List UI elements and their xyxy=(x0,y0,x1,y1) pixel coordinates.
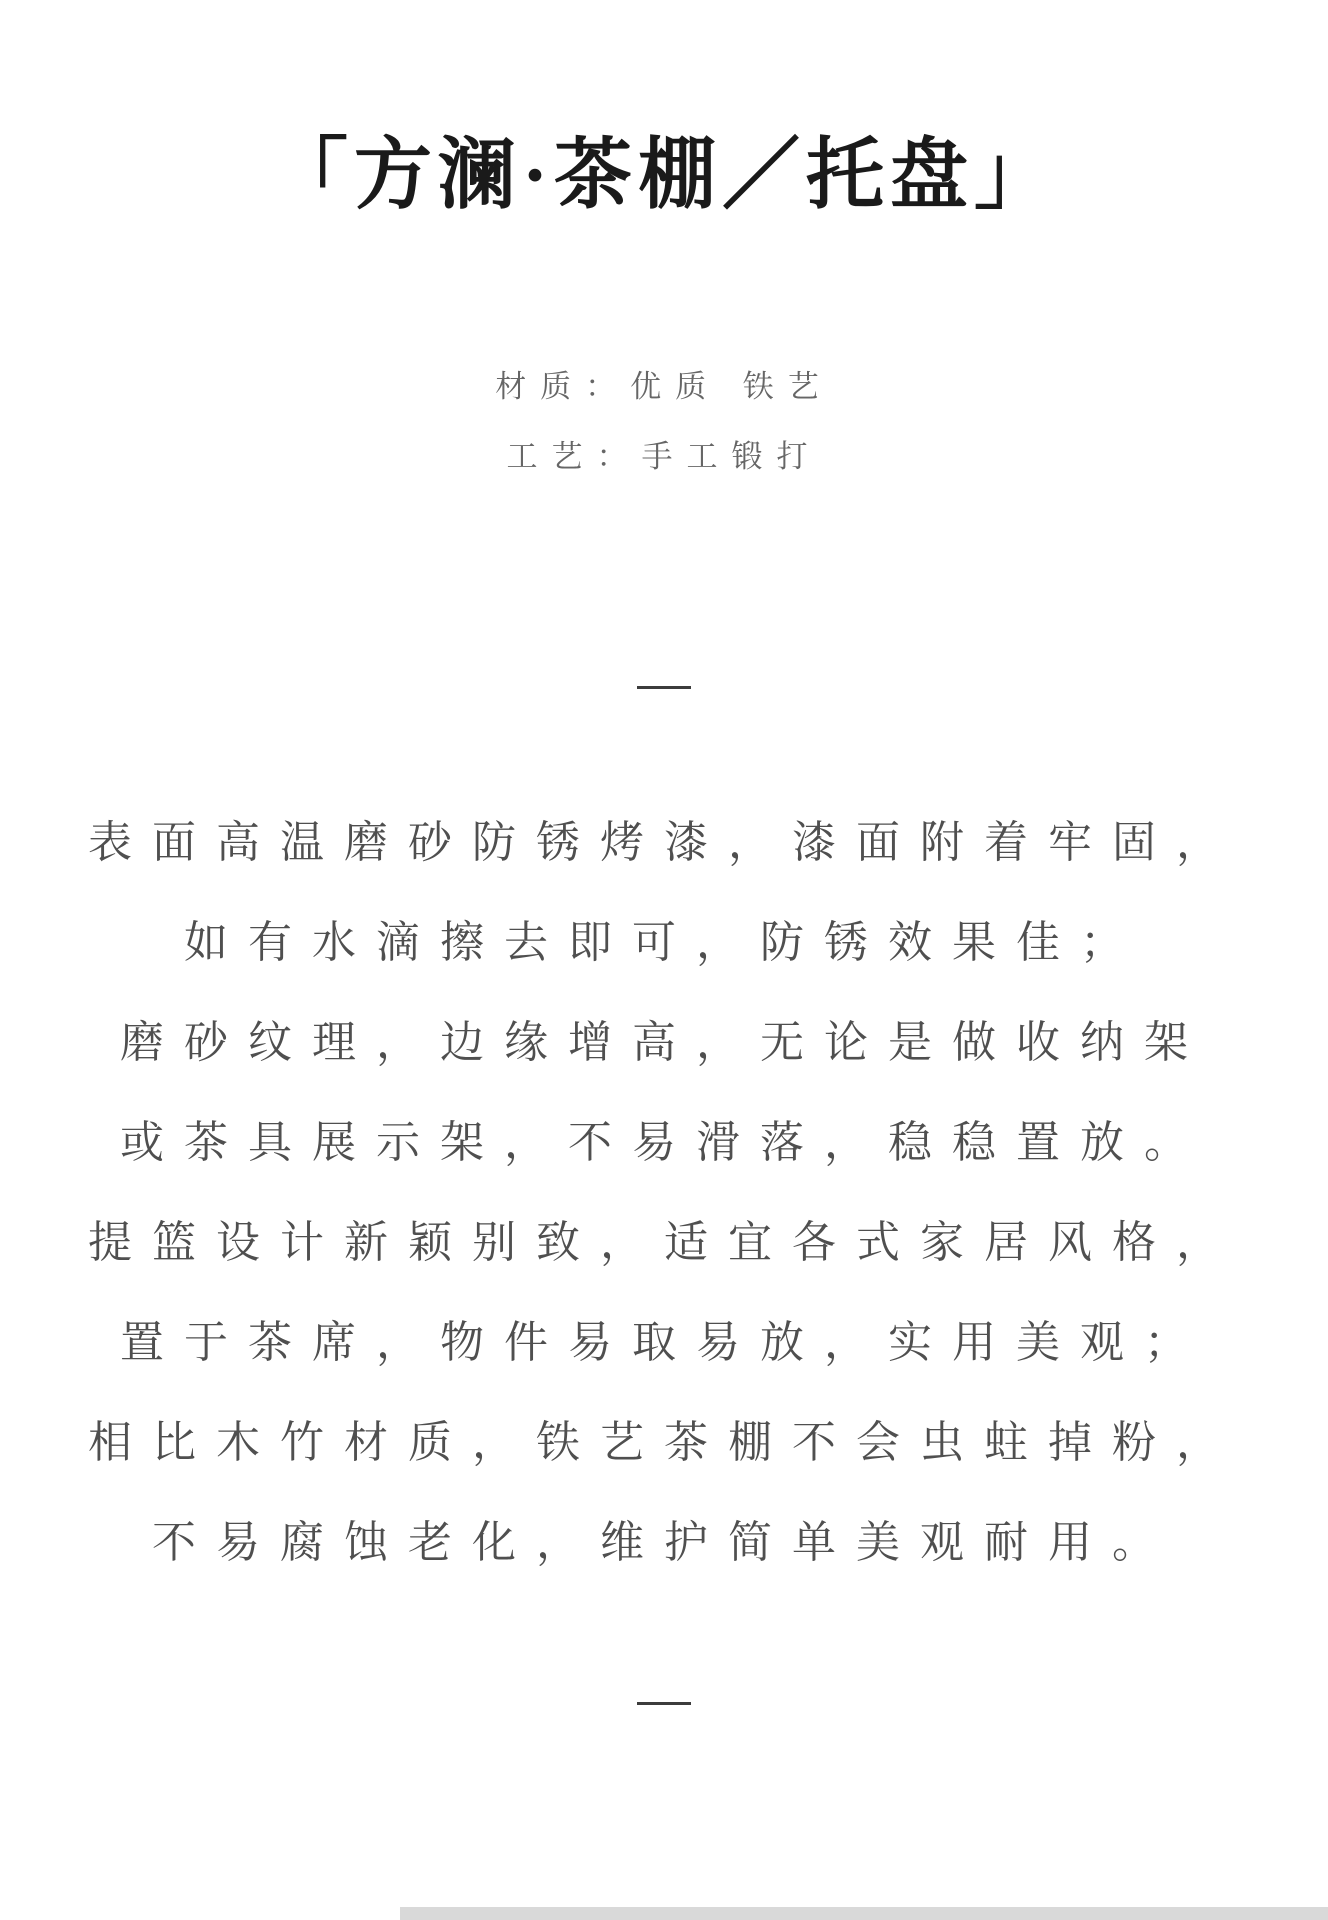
body-line: 表面高温磨砂防锈烤漆，漆面附着牢固， xyxy=(0,793,1328,893)
body-line: 或茶具展示架，不易滑落，稳稳置放。 xyxy=(0,1093,1328,1193)
page-title: 「方澜·茶棚／托盘」 xyxy=(0,112,1328,224)
body-paragraph: 表面高温磨砂防锈烤漆，漆面附着牢固， 如有水滴擦去即可，防锈效果佳； 磨砂纹理，… xyxy=(0,793,1328,1593)
product-description-page: 「方澜·茶棚／托盘」 材质：优质 铁艺 工艺：手工锻打 表面高温磨砂防锈烤漆，漆… xyxy=(0,0,1328,1920)
spec-material: 材质：优质 铁艺 xyxy=(0,352,1328,422)
body-line: 提篮设计新颖别致，适宜各式家居风格， xyxy=(0,1193,1328,1293)
body-line: 磨砂纹理，边缘增高，无论是做收纳架 xyxy=(0,993,1328,1093)
divider-bottom xyxy=(637,1702,691,1705)
spec-craft: 工艺：手工锻打 xyxy=(0,422,1328,492)
body-line: 如有水滴擦去即可，防锈效果佳； xyxy=(0,893,1328,993)
body-line: 不易腐蚀老化，维护简单美观耐用。 xyxy=(0,1493,1328,1593)
body-line: 相比木竹材质，铁艺茶棚不会虫蛀掉粉， xyxy=(0,1393,1328,1493)
spec-block: 材质：优质 铁艺 工艺：手工锻打 xyxy=(0,352,1328,492)
body-line: 置于茶席，物件易取易放，实用美观； xyxy=(0,1293,1328,1393)
divider-top xyxy=(637,686,691,689)
next-section-edge xyxy=(400,1907,1328,1920)
